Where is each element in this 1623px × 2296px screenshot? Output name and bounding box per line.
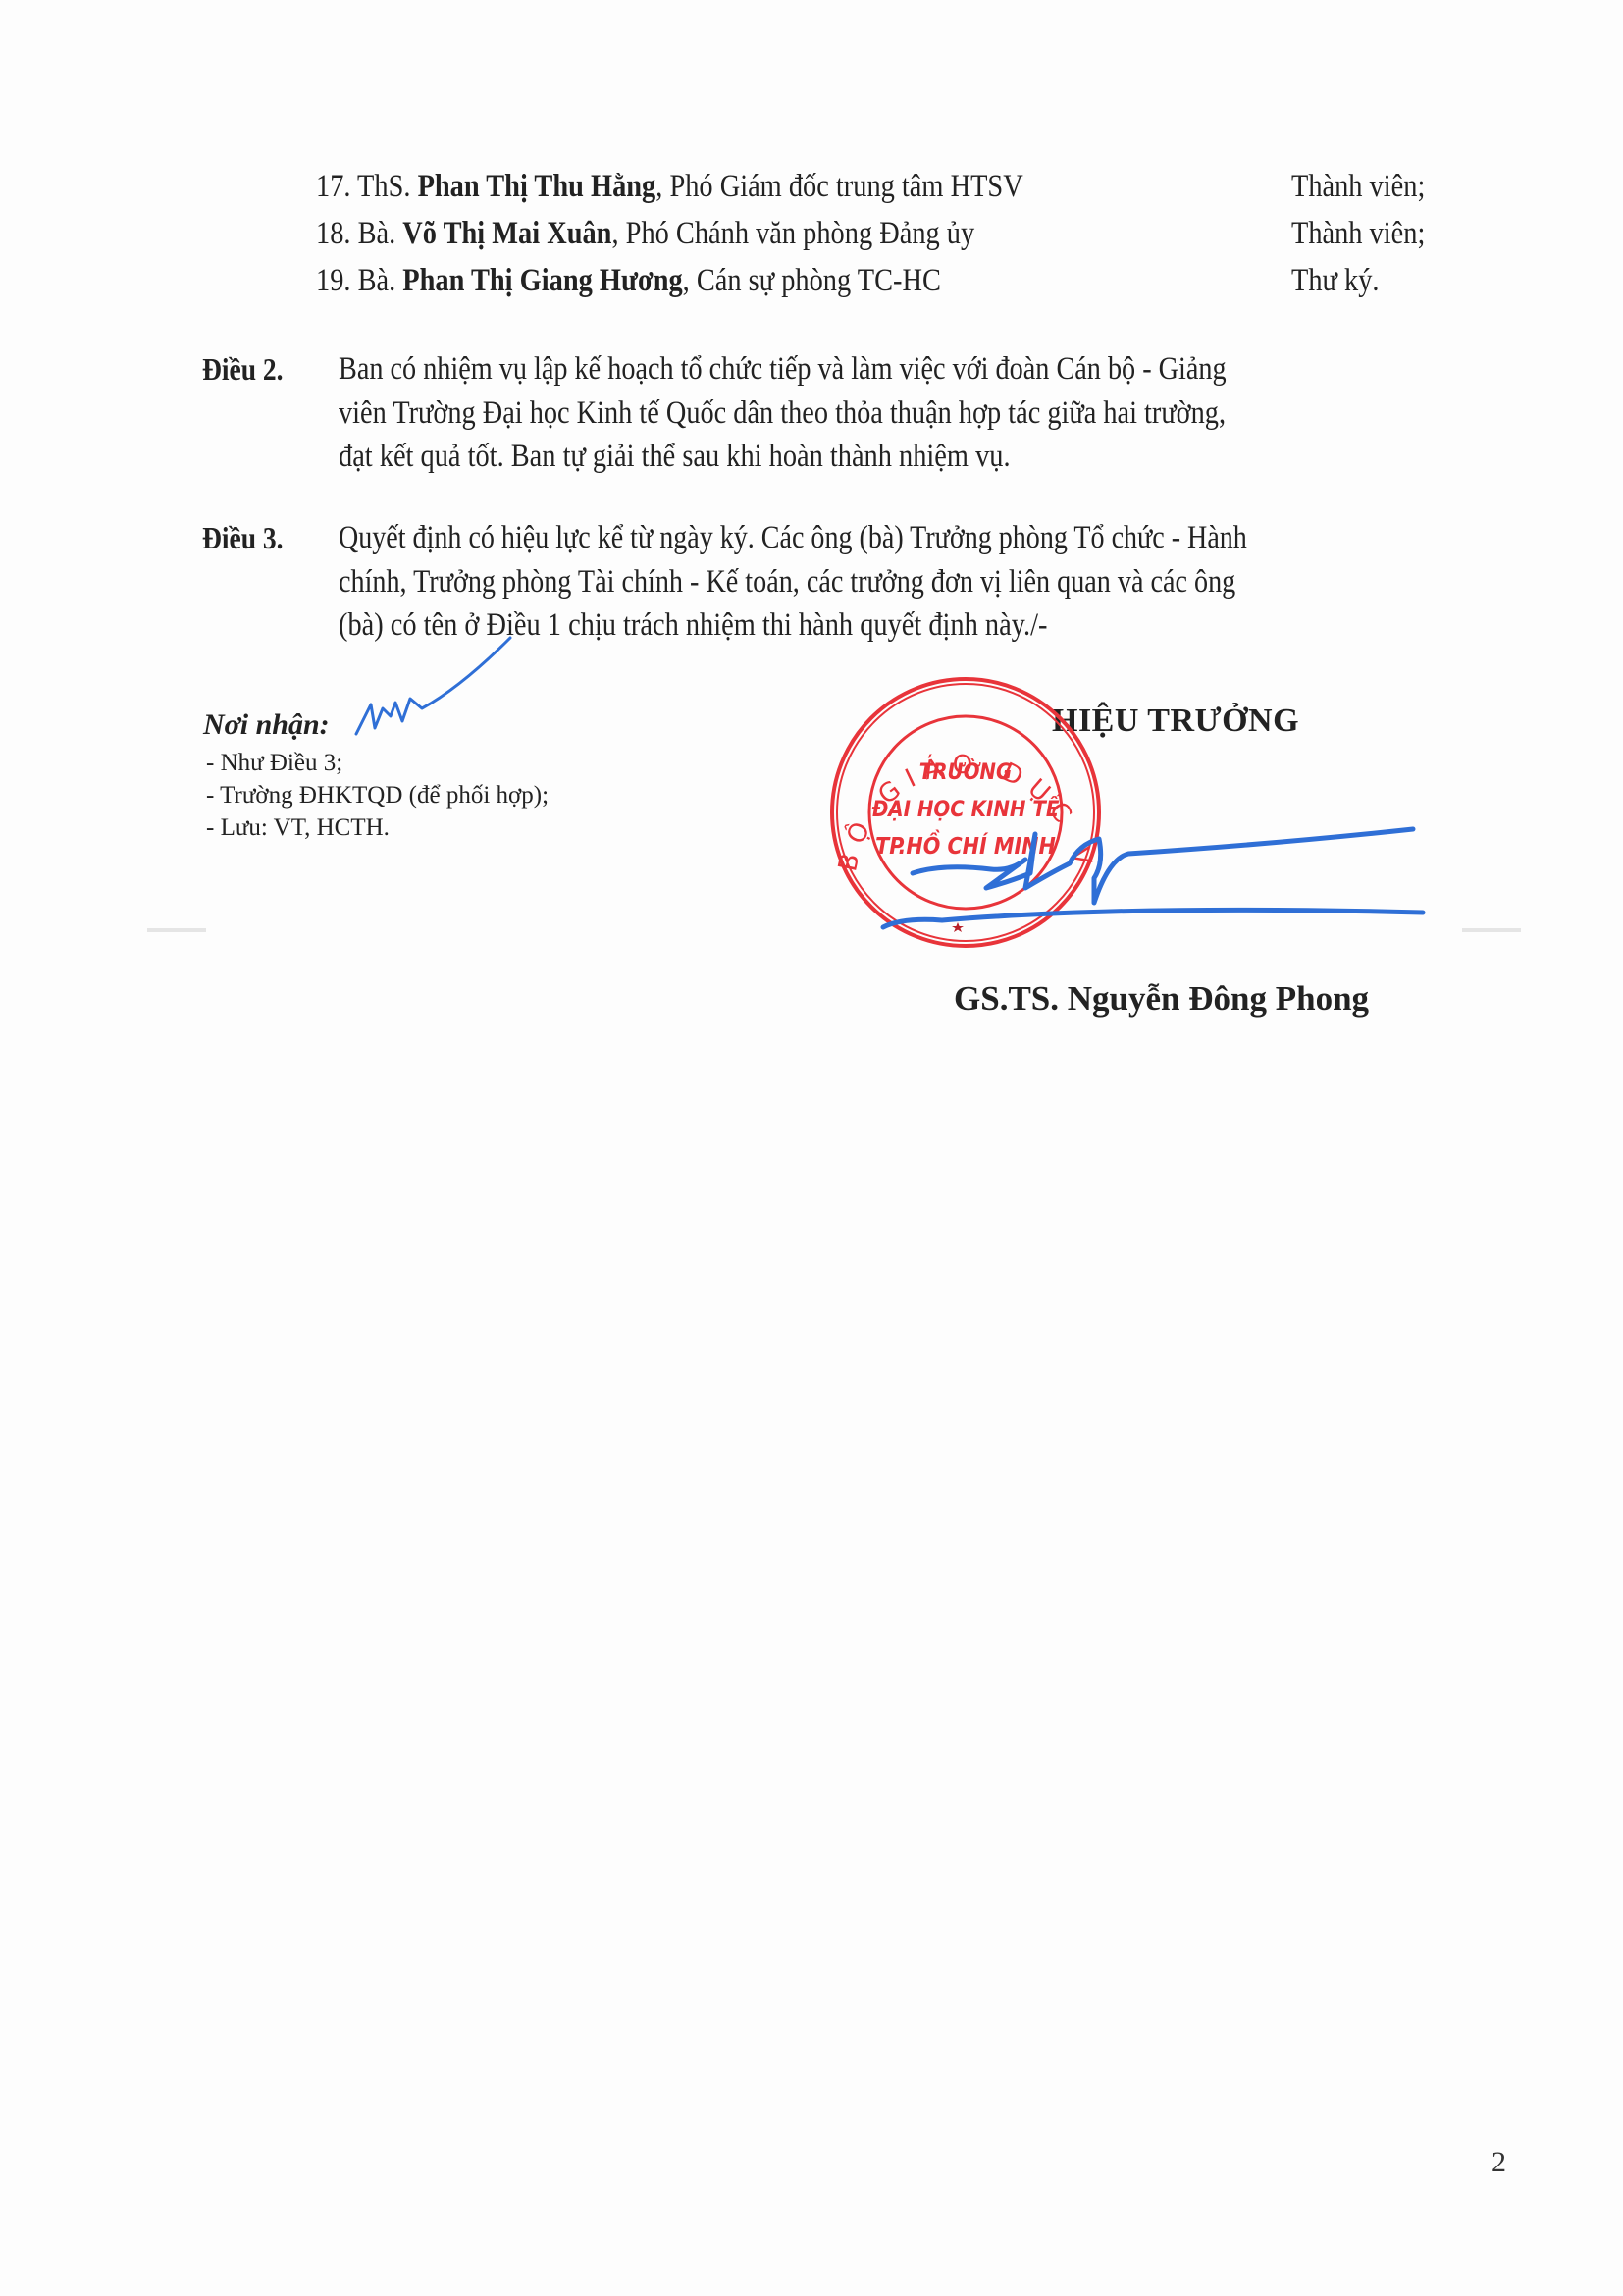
member-number: 17.	[316, 169, 350, 204]
svg-text:TP.HỒ CHÍ MINH: TP.HỒ CHÍ MINH	[875, 829, 1056, 860]
signer-title: HIỆU TRƯỞNG	[1052, 703, 1299, 740]
recipient-item: - Như Điều 3;	[206, 748, 342, 779]
article-line: viên Trường Đại học Kinh tế Quốc dân the…	[339, 392, 1226, 434]
article-label: Điều 2.	[202, 348, 284, 390]
member-number: 19.	[316, 263, 350, 298]
svg-text:ĐẠI HỌC KINH TẾ: ĐẠI HỌC KINH TẾ	[871, 794, 1062, 822]
member-role: Thư ký.	[1291, 261, 1379, 300]
member-item: 19. Bà. Phan Thị Giang Hương, Cán sự phò…	[316, 261, 941, 300]
page-number: 2	[1492, 2146, 1506, 2179]
member-number: 18.	[316, 216, 350, 251]
article-line: đạt kết quả tốt. Ban tự giải thể sau khi…	[339, 436, 1011, 477]
member-position: , Cán sự phòng TC-HC	[683, 263, 941, 298]
member-position: , Phó Chánh văn phòng Đảng ủy	[611, 216, 974, 251]
member-title: Bà.	[358, 216, 396, 251]
article-label: Điều 3.	[202, 517, 284, 558]
recipient-item: - Lưu: VT, HCTH.	[206, 812, 390, 844]
member-name: Võ Thị Mai Xuân	[402, 216, 611, 251]
member-role: Thành viên;	[1291, 167, 1425, 206]
member-name: Phan Thị Giang Hương	[402, 263, 682, 298]
recipient-item: - Trường ĐHKTQD (để phối hợp);	[206, 780, 549, 811]
article-line: Ban có nhiệm vụ lập kế hoạch tổ chức tiế…	[339, 348, 1227, 390]
signer-name: GS.TS. Nguyễn Đông Phong	[954, 979, 1369, 1018]
member-title: ThS.	[357, 169, 410, 204]
official-stamp: BỘ GIÁO DỤC VÀ ĐÀO TẠO TRƯỜNG ĐẠI HỌC KI…	[0, 0, 1623, 2296]
article-line: (bà) có tên ở Điều 1 chịu trách nhiệm th…	[339, 604, 1047, 646]
document-page: 17. ThS. Phan Thị Thu Hằng, Phó Giám đốc…	[0, 0, 1623, 2296]
article-line: chính, Trưởng phòng Tài chính - Kế toán,…	[339, 561, 1235, 602]
member-position: , Phó Giám đốc trung tâm HTSV	[655, 169, 1022, 204]
member-title: Bà.	[358, 263, 396, 298]
svg-text:TRƯỜNG: TRƯỜNG	[919, 759, 1012, 785]
member-role: Thành viên;	[1291, 214, 1425, 253]
member-name: Phan Thị Thu Hằng	[418, 169, 656, 204]
article-line: Quyết định có hiệu lực kể từ ngày ký. Cá…	[339, 517, 1247, 558]
handwritten-signatures	[0, 0, 1623, 2296]
scan-artifact	[1462, 928, 1521, 932]
member-item: 18. Bà. Võ Thị Mai Xuân, Phó Chánh văn p…	[316, 214, 974, 253]
recipients-title: Nơi nhận:	[203, 708, 330, 742]
scan-artifact	[147, 928, 206, 932]
member-item: 17. ThS. Phan Thị Thu Hằng, Phó Giám đốc…	[316, 167, 1023, 206]
